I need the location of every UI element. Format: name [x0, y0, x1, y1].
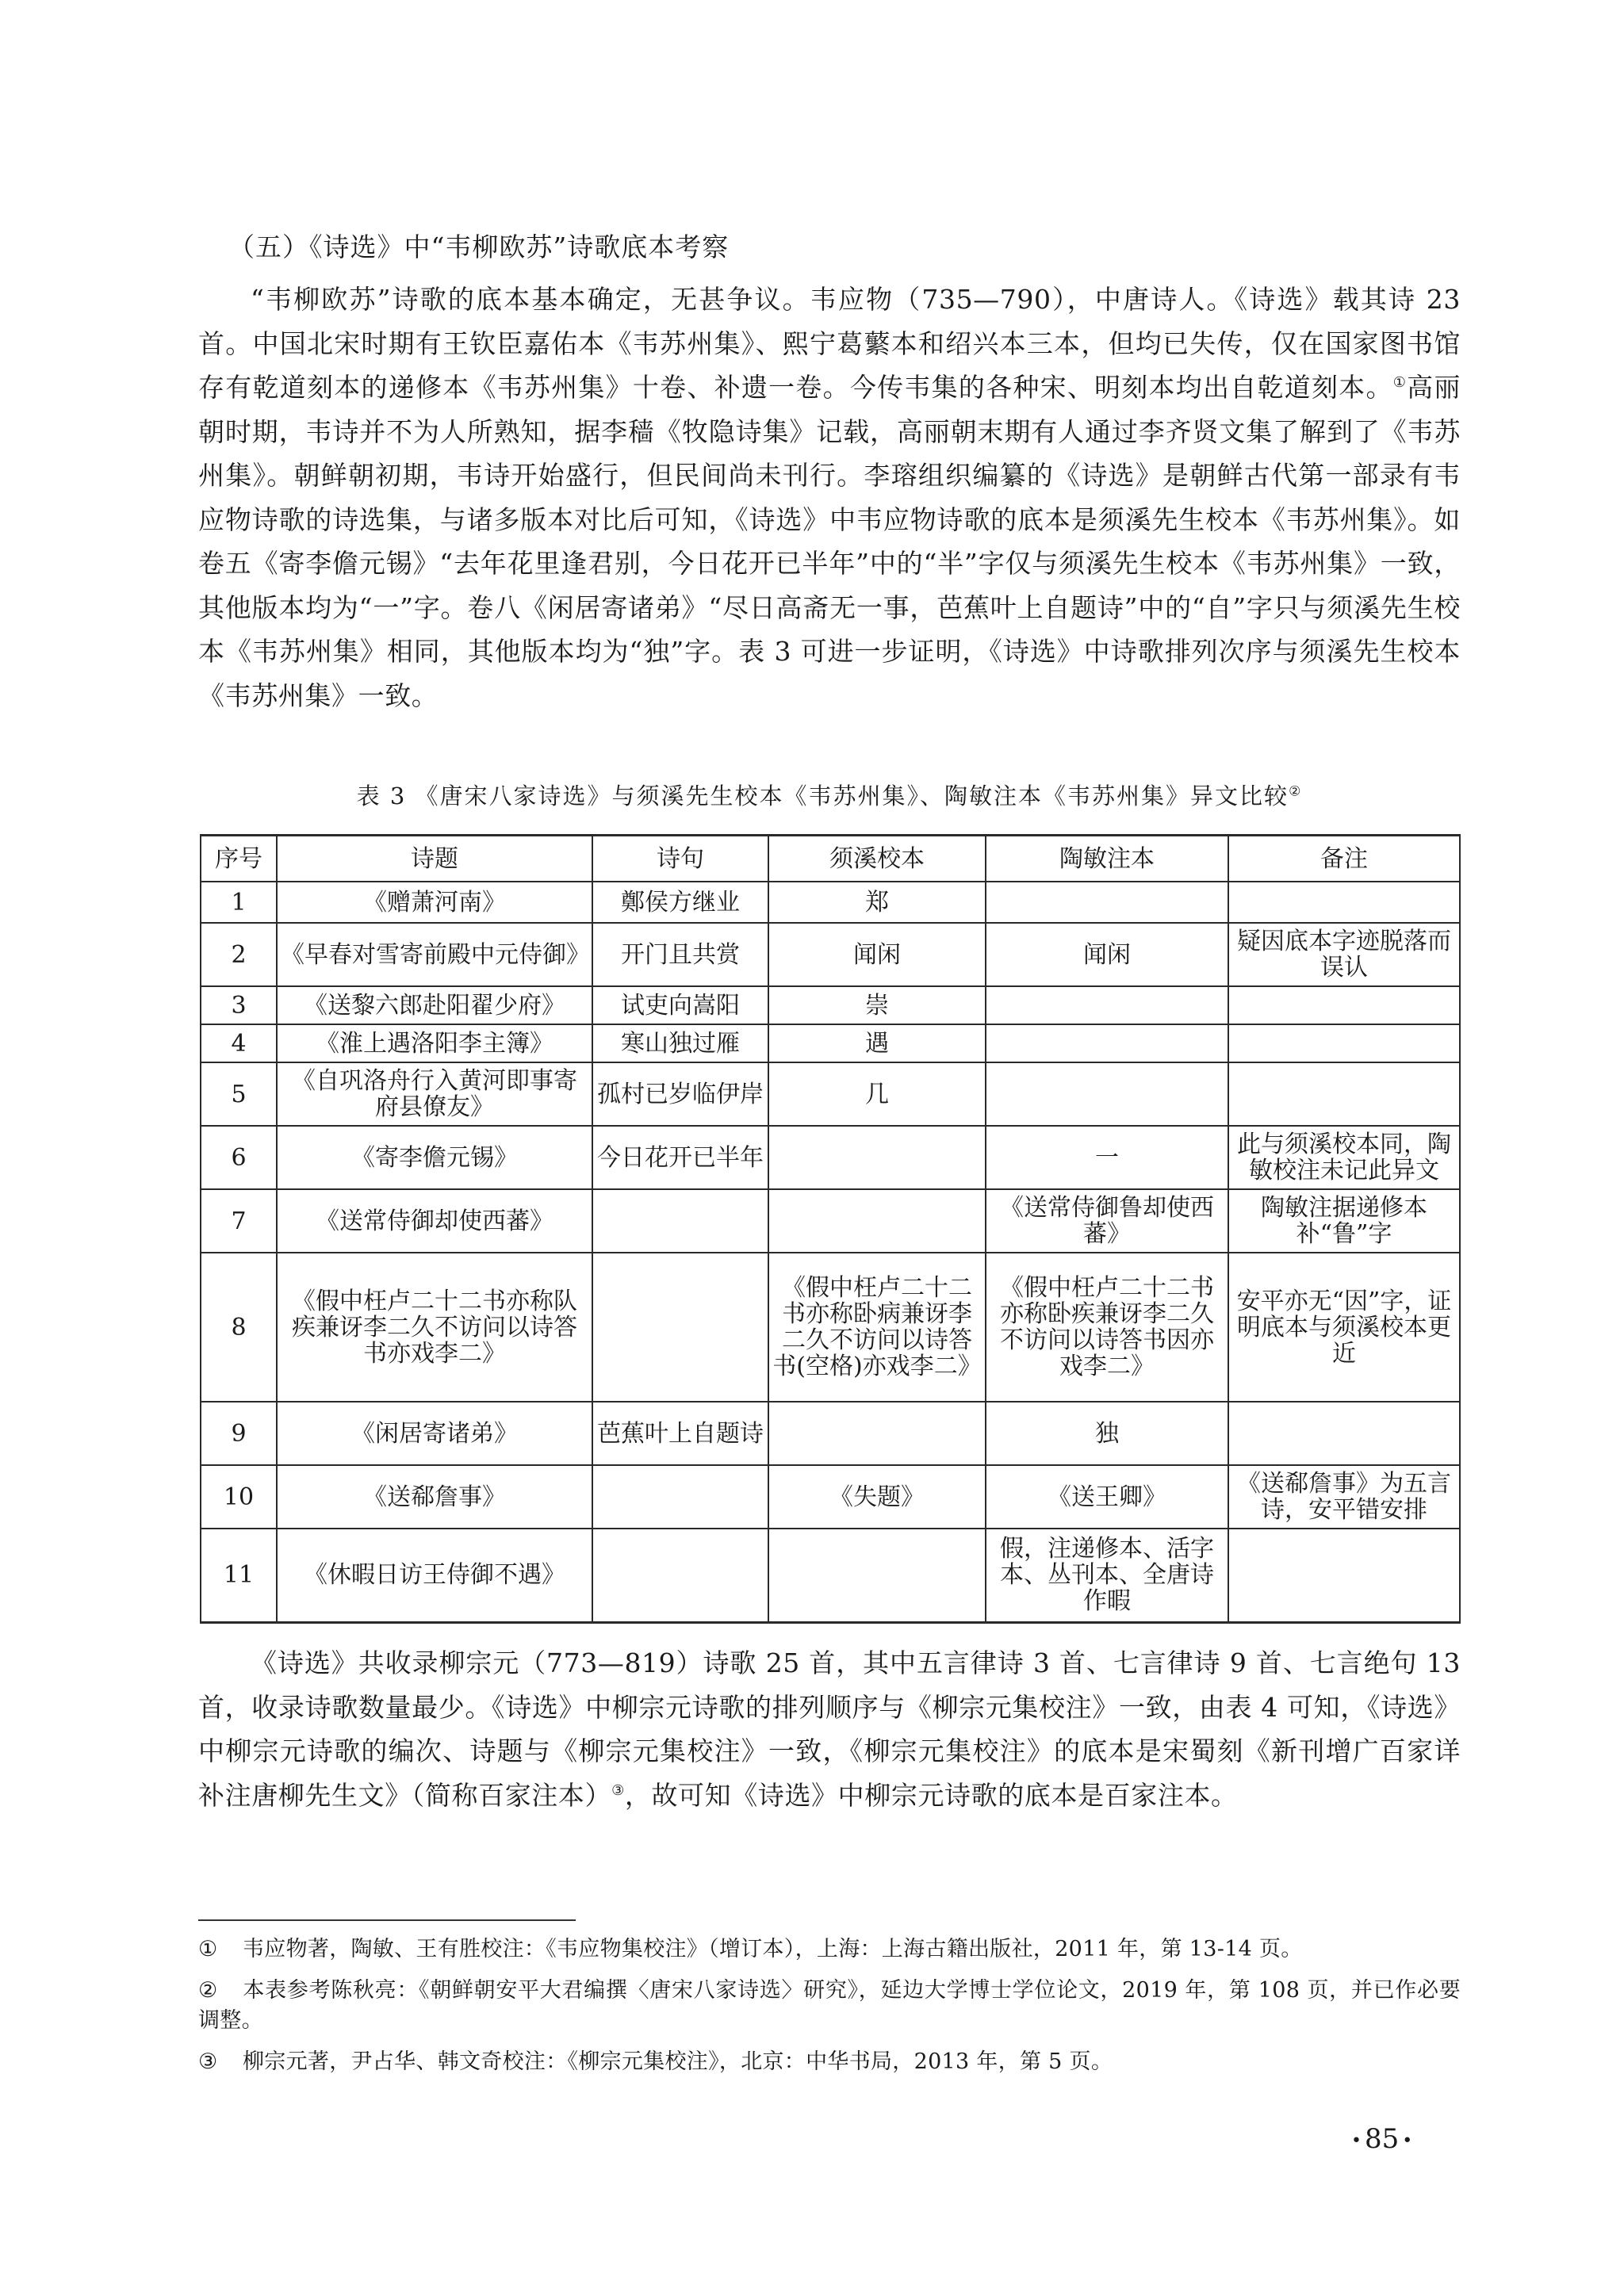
- cell-taomin: 《假中枉卢二十二书亦称卧疾兼讶李二久不访问以诗答书因亦戏李二》: [986, 1253, 1228, 1402]
- cell-note: 此与须溪校本同，陶敏校注未记此异文: [1228, 1126, 1460, 1189]
- cell-note: [1228, 1024, 1460, 1062]
- footnote-ref-3[interactable]: ③: [611, 1782, 625, 1799]
- cell-note: 安平亦无“因”字，证明底本与须溪校本更近: [1228, 1253, 1460, 1402]
- table-header-row: 序号 诗题 诗句 须溪校本 陶敏注本 备注: [201, 836, 1460, 882]
- cell-note: 陶敏注据递修本补“鲁”字: [1228, 1189, 1460, 1253]
- table-caption: 表 3 《唐宋八家诗选》与须溪先生校本《韦苏州集》、陶敏注本《韦苏州集》异文比较…: [198, 779, 1461, 811]
- cell-line: [592, 1253, 768, 1402]
- cell-line: [592, 1189, 768, 1253]
- cell-title: 《闲居寄诸弟》: [277, 1402, 592, 1465]
- cell-title: 《赠萧河南》: [277, 882, 592, 923]
- table-row: 3 《送黎六郎赴阳翟少府》 试吏向嵩阳 崇: [201, 986, 1460, 1024]
- cell-note: [1228, 882, 1460, 923]
- cell-xuxi: 闻闲: [768, 923, 986, 986]
- cell-line: [592, 1529, 768, 1622]
- cell-line: 芭蕉叶上自题诗: [592, 1402, 768, 1465]
- cell-title: 《寄李儋元锡》: [277, 1126, 592, 1189]
- table-row: 8 《假中枉卢二十二书亦称队疾兼讶李二久不访问以诗答书亦戏李二》 《假中枉卢二十…: [201, 1253, 1460, 1402]
- footnote-text: 本表参考陈秋亮：《朝鲜朝安平大君编撰〈唐宋八家诗选〉研究》，延边大学博士学位论文…: [198, 1978, 1461, 2033]
- cell-xuxi: [768, 1189, 986, 1253]
- cell-note: 《送郗詹事》为五言诗，安平错安排: [1228, 1465, 1460, 1529]
- cell-title: 《假中枉卢二十二书亦称队疾兼讶李二久不访问以诗答书亦戏李二》: [277, 1253, 592, 1402]
- section-heading: （五）《诗选》中“韦柳欧苏”诗歌底本考察: [228, 227, 729, 264]
- table-row: 10 《送郗詹事》 《失题》 《送王卿》 《送郗詹事》为五言诗，安平错安排: [201, 1465, 1460, 1529]
- table-row: 11 《休暇日访王侍御不遇》 假，注递修本、活字本、丛刊本、全唐诗作暇: [201, 1529, 1460, 1622]
- footnote-mark: ③: [198, 2047, 243, 2077]
- cell-number: 10: [201, 1465, 277, 1529]
- cell-taomin: 独: [986, 1402, 1228, 1465]
- cell-line: 今日花开已半年: [592, 1126, 768, 1189]
- cell-note: [1228, 1402, 1460, 1465]
- footnote-divider: [198, 1919, 576, 1921]
- cell-note: [1228, 1062, 1460, 1126]
- footnote-ref-1[interactable]: ①: [1393, 374, 1407, 391]
- footnote-2: ②本表参考陈秋亮：《朝鲜朝安平大君编撰〈唐宋八家诗选〉研究》，延边大学博士学位论…: [198, 1976, 1461, 2036]
- table-row: 2 《早春对雪寄前殿中元侍御》 开门且共赏 闻闲 闻闲 疑因底本字迹脱落而误认: [201, 923, 1460, 986]
- cell-note: [1228, 1529, 1460, 1622]
- cell-xuxi: [768, 1126, 986, 1189]
- cell-taomin: 闻闲: [986, 923, 1228, 986]
- paragraph-liu-zongyuan: 《诗选》共收录柳宗元（773—819）诗歌 25 首，其中五言律诗 3 首、七言…: [198, 1641, 1461, 1817]
- cell-number: 3: [201, 986, 277, 1024]
- bullet-dot-icon: •: [1402, 2131, 1412, 2151]
- cell-number: 2: [201, 923, 277, 986]
- table-row: 5 《自巩洛舟行入黄河即事寄府县僚友》 孤村已岁临伊岸 几: [201, 1062, 1460, 1126]
- table-row: 1 《赠萧河南》 鄭侯方继业 郑: [201, 882, 1460, 923]
- footnote-ref-2[interactable]: ②: [1289, 783, 1302, 799]
- cell-xuxi: [768, 1529, 986, 1622]
- cell-title: 《送常侍御却使西蕃》: [277, 1189, 592, 1253]
- cell-line: 寒山独过雁: [592, 1024, 768, 1062]
- footnote-3: ③柳宗元著，尹占华、韩文奇校注：《柳宗元集校注》，北京：中华书局，2013 年，…: [198, 2047, 1461, 2077]
- cell-xuxi: [768, 1402, 986, 1465]
- footnote-text: 柳宗元著，尹占华、韩文奇校注：《柳宗元集校注》，北京：中华书局，2013 年，第…: [243, 2049, 1113, 2074]
- cell-taomin: [986, 882, 1228, 923]
- footnote-1: ①韦应物著，陶敏、王有胜校注：《韦应物集校注》（增订本），上海：上海古籍出版社，…: [198, 1934, 1461, 1965]
- cell-number: 6: [201, 1126, 277, 1189]
- cell-taomin: [986, 1024, 1228, 1062]
- cell-note: 疑因底本字迹脱落而误认: [1228, 923, 1460, 986]
- cell-line: 试吏向嵩阳: [592, 986, 768, 1024]
- cell-line: 孤村已岁临伊岸: [592, 1062, 768, 1126]
- column-header-title: 诗题: [277, 836, 592, 882]
- cell-number: 8: [201, 1253, 277, 1402]
- paragraph-text: 高丽朝时期，韦诗并不为人所熟知，据李穑《牧隐诗集》记载，高丽朝末期有人通过李齐贤…: [198, 372, 1461, 711]
- page-number: •85•: [1348, 2123, 1415, 2155]
- cell-title: 《淮上遇洛阳李主簿》: [277, 1024, 592, 1062]
- cell-note: [1228, 986, 1460, 1024]
- cell-number: 7: [201, 1189, 277, 1253]
- cell-title: 《送黎六郎赴阳翟少府》: [277, 986, 592, 1024]
- cell-xuxi: 崇: [768, 986, 986, 1024]
- cell-number: 4: [201, 1024, 277, 1062]
- table-row: 7 《送常侍御却使西蕃》 《送常侍御鲁却使西蕃》 陶敏注据递修本补“鲁”字: [201, 1189, 1460, 1253]
- column-header-number: 序号: [201, 836, 277, 882]
- paragraph-text: ，故可知《诗选》中柳宗元诗歌的底本是百家注本。: [625, 1780, 1238, 1811]
- caption-text: 表 3 《唐宋八家诗选》与须溪先生校本《韦苏州集》、陶敏注本《韦苏州集》异文比较: [357, 783, 1289, 809]
- cell-xuxi: 郑: [768, 882, 986, 923]
- cell-taomin: [986, 1062, 1228, 1126]
- footnote-text: 韦应物著，陶敏、王有胜校注：《韦应物集校注》（增订本），上海：上海古籍出版社，2…: [243, 1937, 1303, 1961]
- cell-number: 5: [201, 1062, 277, 1126]
- cell-number: 9: [201, 1402, 277, 1465]
- cell-xuxi: 几: [768, 1062, 986, 1126]
- variant-comparison-table: 序号 诗题 诗句 须溪校本 陶敏注本 备注 1 《赠萧河南》 鄭侯方继业 郑 2…: [200, 834, 1461, 1624]
- cell-taomin: [986, 986, 1228, 1024]
- cell-taomin: 《送常侍御鲁却使西蕃》: [986, 1189, 1228, 1253]
- bullet-dot-icon: •: [1351, 2131, 1362, 2151]
- cell-xuxi: 《失题》: [768, 1465, 986, 1529]
- column-header-note: 备注: [1228, 836, 1460, 882]
- footnote-mark: ②: [198, 1976, 243, 2006]
- cell-taomin: 《送王卿》: [986, 1465, 1228, 1529]
- table-row: 4 《淮上遇洛阳李主簿》 寒山独过雁 遇: [201, 1024, 1460, 1062]
- cell-xuxi: 遇: [768, 1024, 986, 1062]
- cell-title: 《送郗詹事》: [277, 1465, 592, 1529]
- cell-taomin: 一: [986, 1126, 1228, 1189]
- cell-line: 鄭侯方继业: [592, 882, 768, 923]
- paragraph-wei-yingwu: “韦柳欧苏”诗歌的底本基本确定，无甚争议。韦应物（735—790），中唐诗人。《…: [198, 277, 1461, 717]
- cell-line: [592, 1465, 768, 1529]
- cell-title: 《早春对雪寄前殿中元侍御》: [277, 923, 592, 986]
- cell-title: 《休暇日访王侍御不遇》: [277, 1529, 592, 1622]
- cell-xuxi: 《假中枉卢二十二书亦称卧病兼讶李二久不访问以诗答书(空格)亦戏李二》: [768, 1253, 986, 1402]
- paragraph-text: “韦柳欧苏”诗歌的底本基本确定，无甚争议。韦应物（735—790），中唐诗人。《…: [198, 284, 1461, 403]
- column-header-line: 诗句: [592, 836, 768, 882]
- column-header-taomin: 陶敏注本: [986, 836, 1228, 882]
- page-number-value: 85: [1365, 2123, 1399, 2155]
- cell-number: 1: [201, 882, 277, 923]
- column-header-xuxi: 须溪校本: [768, 836, 986, 882]
- footnote-mark: ①: [198, 1934, 243, 1965]
- table-row: 9 《闲居寄诸弟》 芭蕉叶上自题诗 独: [201, 1402, 1460, 1465]
- table-row: 6 《寄李儋元锡》 今日花开已半年 一 此与须溪校本同，陶敏校注未记此异文: [201, 1126, 1460, 1189]
- cell-title: 《自巩洛舟行入黄河即事寄府县僚友》: [277, 1062, 592, 1126]
- cell-number: 11: [201, 1529, 277, 1622]
- cell-line: 开门且共赏: [592, 923, 768, 986]
- footnotes: ①韦应物著，陶敏、王有胜校注：《韦应物集校注》（增订本），上海：上海古籍出版社，…: [198, 1934, 1461, 2088]
- cell-taomin: 假，注递修本、活字本、丛刊本、全唐诗作暇: [986, 1529, 1228, 1622]
